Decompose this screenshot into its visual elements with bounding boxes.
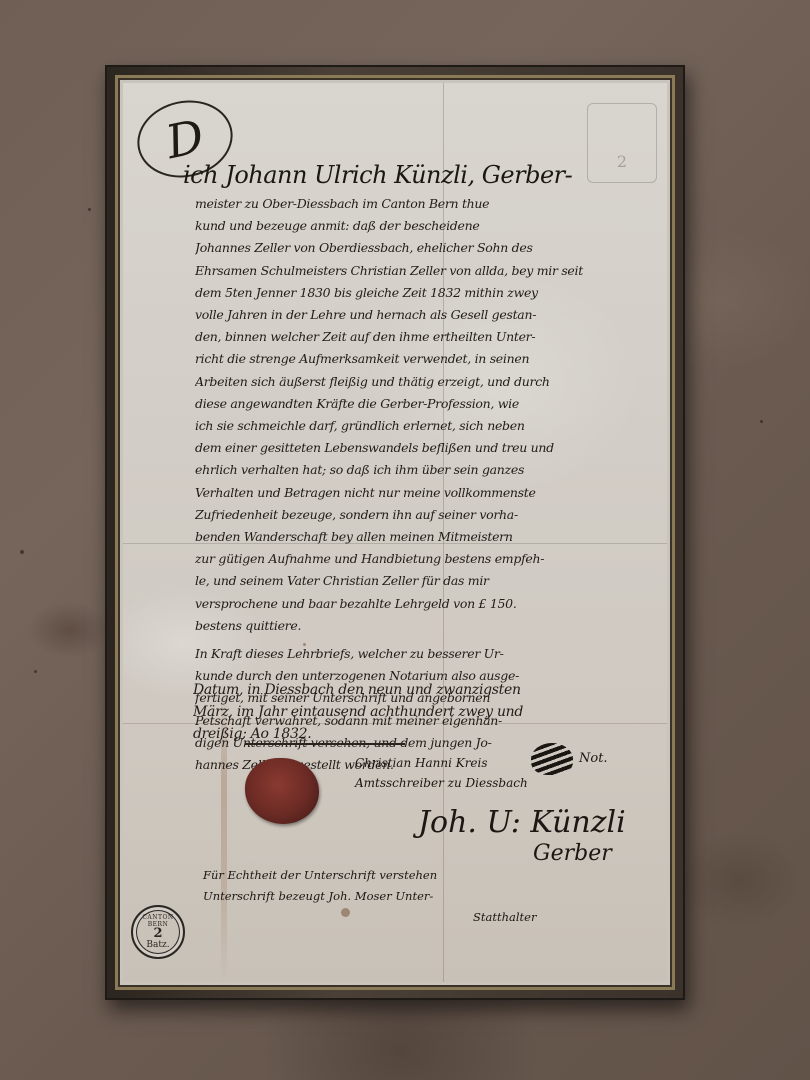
notary-mark-label: Not.	[579, 751, 608, 766]
canton-bern-tax-stamp: CANTON BERN 2 Batz.	[131, 905, 185, 959]
body-line: zur gütigen Aufnahme und Handbietung bes…	[195, 548, 655, 570]
body-line: kund und bezeuge anmit: daß der bescheid…	[195, 215, 655, 237]
document-heading: ich Johann Ulrich Künzli, Gerber-	[183, 161, 572, 189]
body-line: Ehrsamen Schulmeisters Christian Zeller …	[195, 260, 655, 282]
notary-signature: Christian Hanni Kreis Amtsschreiber zu D…	[355, 753, 528, 793]
date-line: dreißig; Ao 1832.	[193, 723, 655, 745]
notary-name: Christian Hanni Kreis	[355, 753, 528, 773]
body-line: den, binnen welcher Zeit auf den ihme er…	[195, 326, 655, 348]
attestation-line: Statthalter	[203, 907, 536, 928]
attestation-line: Für Echtheit der Unterschrift verstehen	[203, 865, 536, 886]
date-line: Datum, in Diessbach den neun und zwanzig…	[193, 679, 655, 701]
picture-frame: 2 D ich Johann Ulrich Künzli, Gerber- me…	[105, 65, 685, 1000]
certificate-paper: 2 D ich Johann Ulrich Künzli, Gerber- me…	[123, 83, 667, 982]
stamp-arc-text: CANTON BERN	[133, 907, 183, 928]
body-line: dem 5ten Jenner 1830 bis gleiche Zeit 18…	[195, 282, 655, 304]
body-line: benden Wanderschaft bey allen meinen Mit…	[195, 526, 655, 548]
body-line: Johannes Zeller von Oberdiessbach, eheli…	[195, 237, 655, 259]
embossed-stamp: 2	[587, 103, 657, 183]
body-line: Arbeiten sich äußerst fleißig und thätig…	[195, 371, 655, 393]
foxing-spot	[341, 908, 350, 917]
master-title: Gerber	[533, 841, 612, 866]
wall-speck	[20, 550, 24, 554]
stamp-value: 2	[133, 928, 183, 940]
body-line: dem einer gesitteten Lebenswandels befli…	[195, 437, 655, 459]
body-line: volle Jahren in der Lehre und hernach al…	[195, 304, 655, 326]
body-line: ehrlich verhalten hat; so daß ich ihm üb…	[195, 459, 655, 481]
master-signature: Joh. U: Künzli	[418, 805, 626, 840]
body-line: meister zu Ober-Diessbach im Canton Bern…	[195, 193, 655, 215]
date-line: März, im Jahr eintausend achthundert zwe…	[193, 701, 655, 723]
attestation-line: Unterschrift bezeugt Joh. Moser Unter-	[203, 886, 536, 907]
wall-speck	[34, 670, 37, 673]
body-line: Verhalten und Betragen nicht nur meine v…	[195, 482, 655, 504]
wall-speck	[760, 420, 763, 423]
body-line: richt die strenge Aufmerksamkeit verwend…	[195, 348, 655, 370]
wax-seal	[245, 758, 319, 824]
body-line: ich sie schmeichle darf, gründlich erler…	[195, 415, 655, 437]
frame-gilt-liner: 2 D ich Johann Ulrich Künzli, Gerber- me…	[115, 75, 675, 990]
foxing-spot	[303, 643, 306, 646]
wall-speck	[88, 208, 91, 211]
stamp-unit: Batz.	[133, 940, 183, 950]
date-underline	[245, 743, 405, 745]
certificate-body: meister zu Ober-Diessbach im Canton Bern…	[195, 193, 655, 637]
embossed-stamp-value: 2	[617, 152, 627, 171]
body-line: diese angewandten Kräfte die Gerber-Prof…	[195, 393, 655, 415]
notary-title: Amtsschreiber zu Diessbach	[355, 773, 528, 793]
body-line: Zufriedenheit bezeuge, sondern ihn auf s…	[195, 504, 655, 526]
notary-flourish-mark	[531, 743, 573, 775]
date-clause: Datum, in Diessbach den neun und zwanzig…	[193, 579, 655, 745]
attestation: Für Echtheit der Unterschrift verstehen …	[203, 865, 536, 928]
